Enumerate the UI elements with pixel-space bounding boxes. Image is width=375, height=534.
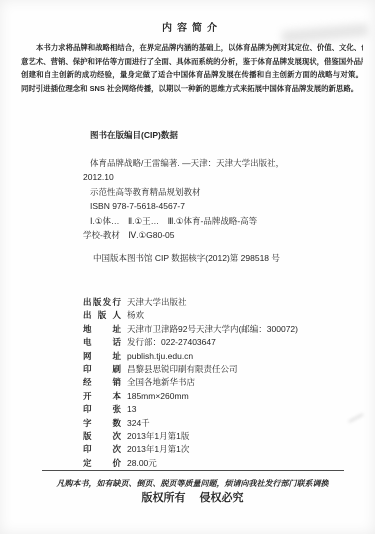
colophon-label: 网址	[83, 350, 121, 363]
colophon-value: 2013年1月第1次	[127, 443, 189, 456]
cip-isbn-line: ISBN 978-7-5618-4567-7	[83, 199, 368, 214]
colophon-label: 开本	[83, 390, 121, 403]
colophon-label: 版次	[83, 430, 121, 443]
cip-title-line: 体育品牌战略/王雷编著. —天津：天津大学出版社，	[83, 156, 368, 171]
colophon-value: 全国各地新华书店	[127, 376, 195, 389]
colophon-label: 经销	[83, 376, 121, 389]
colophon-row: 版次 2013年1月第1版	[83, 430, 368, 443]
colophon-label: 印刷	[83, 363, 121, 376]
colophon-label: 地址	[83, 323, 121, 336]
cip-series-line: 示范性高等教育精品规划教材	[83, 185, 368, 200]
copyright-right: 侵权必究	[200, 492, 244, 504]
colophon-label: 字数	[83, 417, 121, 430]
colophon-value: 324千	[127, 417, 150, 430]
cip-classification-line: Ⅰ.①体… Ⅱ.①王… Ⅲ.①体育-品牌战略-高等	[83, 214, 368, 229]
colophon-row: 字数 324千	[83, 417, 368, 430]
colophon-label: 出版人	[83, 309, 121, 322]
colophon-label: 印次	[83, 443, 121, 456]
colophon-row: 网址 publish.tju.edu.cn	[83, 350, 368, 363]
colophon-value: 28.00元	[127, 457, 157, 470]
colophon-value: 2013年1月第1版	[127, 430, 189, 443]
summary-line: 创建和自主创新的成功经验，量身定做了适合中国体育品牌发展在传播和自主创新方面的战…	[21, 68, 363, 82]
summary-line: 意艺术、营销、保护和评估等方面进行了全面、具体而系统的分析，鉴于体育品牌发展现状…	[21, 55, 363, 69]
colophon-value: 13	[127, 403, 136, 416]
summary-line: 同时引进插位理念和 SNS 社会网络传播，以期以一种新的思维方式来拓展中国体育品…	[21, 82, 363, 96]
colophon-row: 地址 天津市卫津路92号天津大学内(邮编：300072)	[83, 323, 368, 336]
colophon-section: 出版发行 天津大学出版社 出版人 杨欢 地址 天津市卫津路92号天津大学内(邮编…	[83, 296, 368, 470]
colophon-row: 出版人 杨欢	[83, 309, 368, 322]
colophon-value: 昌黎县思锐印刷有限责任公司	[127, 363, 238, 376]
colophon-label: 出版发行	[83, 296, 121, 309]
colophon-value: 杨欢	[127, 309, 144, 322]
colophon-label: 印张	[83, 403, 121, 416]
colophon-row: 开本 185mm×260mm	[83, 390, 368, 403]
cip-data-section: 图书在版编目(CIP)数据 体育品牌战略/王雷编著. —天津：天津大学出版社， …	[83, 128, 368, 265]
content-summary-section: 内容简介 本书力求将品牌和战略相结合，在界定品牌内涵的基础上，以体育品牌为例对其…	[21, 22, 363, 95]
colophon-row: 印次 2013年1月第1次	[83, 443, 368, 456]
colophon-row: 印张 13	[83, 403, 368, 416]
copyright-left: 版权所有	[142, 492, 186, 504]
colophon-value: 天津市卫津路92号天津大学内(邮编：300072)	[127, 323, 298, 336]
colophon-row: 印刷 昌黎县思锐印刷有限责任公司	[83, 363, 368, 376]
cip-classification-line: 学校-教材 Ⅳ.①G80-05	[83, 228, 368, 243]
colophon-value: publish.tju.edu.cn	[127, 350, 193, 363]
quality-notice: 凡购本书，如有缺页、倒页、脱页等质量问题，烦请向我社发行部门联系调换	[18, 478, 367, 489]
cip-record-number: 中国版本图书馆 CIP 数据核字(2012)第 298518 号	[83, 251, 368, 266]
colophon-value: 185mm×260mm	[127, 390, 189, 403]
colophon-label: 定价	[83, 457, 121, 470]
copyright-statement: 版权所有侵权必究	[18, 491, 367, 506]
colophon-value: 发行部：022-27403647	[127, 336, 216, 349]
colophon-row: 电话 发行部：022-27403647	[83, 336, 368, 349]
colophon-row: 定价 28.00元	[83, 457, 368, 470]
colophon-label: 电话	[83, 336, 121, 349]
colophon-row: 出版发行 天津大学出版社	[83, 296, 368, 309]
colophon-value: 天津大学出版社	[127, 296, 187, 309]
summary-line: 本书力求将品牌和战略相结合，在界定品牌内涵的基础上，以体育品牌为例对其定位、价值…	[21, 41, 363, 55]
cip-heading: 图书在版编目(CIP)数据	[83, 128, 368, 143]
copyright-page: 内容简介 本书力求将品牌和战略相结合，在界定品牌内涵的基础上，以体育品牌为例对其…	[0, 0, 375, 534]
divider-rule	[42, 470, 344, 471]
content-summary-title: 内容简介	[21, 22, 363, 36]
colophon-row: 经销 全国各地新华书店	[83, 376, 368, 389]
cip-year-line: 2012.10	[83, 170, 368, 185]
